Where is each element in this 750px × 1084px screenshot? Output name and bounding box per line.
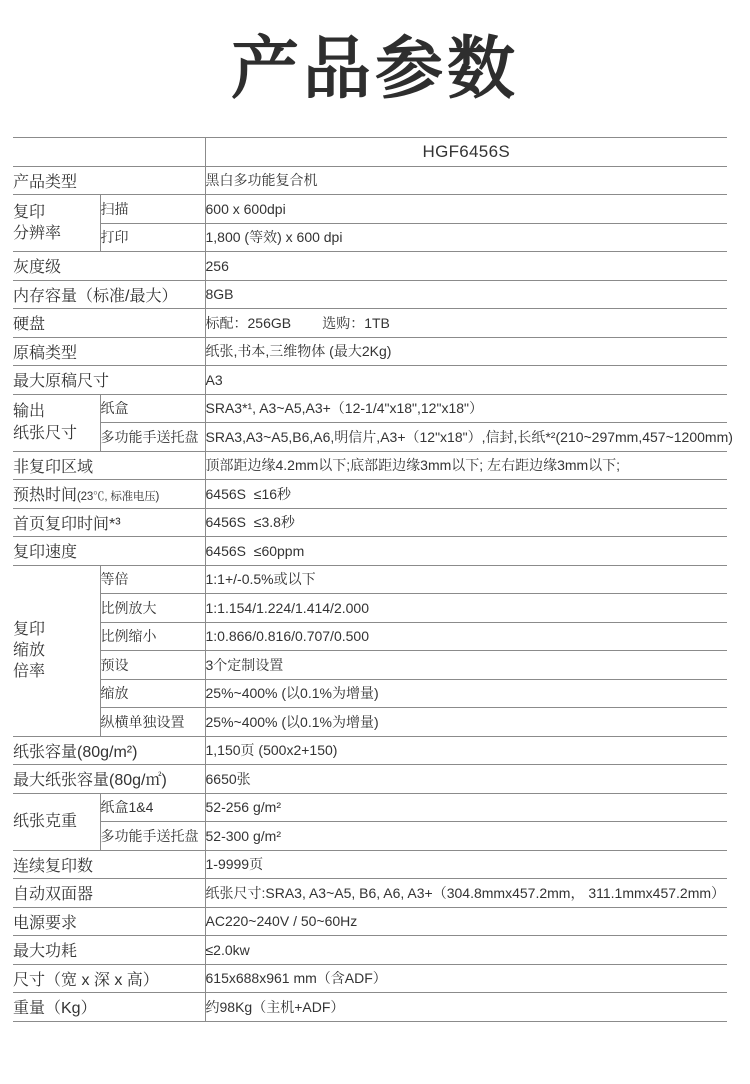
row-label: 硬盘 xyxy=(13,309,205,338)
row-label-text: 预热时间 xyxy=(13,487,77,504)
row-label-text: 灰度级 xyxy=(13,259,61,276)
row-label: 原稿类型 xyxy=(13,337,205,366)
row-value: 52-256 g/m² xyxy=(205,793,727,822)
page-title: 产品参数 xyxy=(0,0,750,137)
row-label-text: 尺寸（宽 x 深 x 高） xyxy=(13,972,159,989)
table-row: 重量（Kg）约98Kg（主机+ADF） xyxy=(13,993,727,1022)
table-row: 复印 缩放 倍率等倍1:1+/-0.5%或以下 xyxy=(13,565,727,594)
table-row: 多功能手送托盘SRA3,A3~A5,B6,A6,明信片,A3+（12"x18"）… xyxy=(13,423,727,452)
table-row: 多功能手送托盘52-300 g/m² xyxy=(13,822,727,851)
header-empty-cell xyxy=(13,138,205,167)
table-row: 最大纸张容量(80g/㎡)6650张 xyxy=(13,765,727,794)
row-sublabel: 比例放大 xyxy=(100,594,205,623)
row-value: 纸张尺寸:SRA3, A3~A5, B6, A6, A3+（304.8mmx45… xyxy=(205,879,727,908)
row-value: 6650张 xyxy=(205,765,727,794)
table-row: 产品类型黑白多功能复合机 xyxy=(13,166,727,195)
row-value: AC220~240V / 50~60Hz xyxy=(205,907,727,936)
row-label-text: 最大原稿尺寸 xyxy=(13,373,109,390)
table-row: 打印1,800 (等效) x 600 dpi xyxy=(13,223,727,252)
product-spec-page: 产品参数 HGF6456S 产品类型黑白多功能复合机复印 分辨率扫描600 x … xyxy=(0,0,750,1022)
row-value: 6456S ≤3.8秒 xyxy=(205,508,727,537)
row-label-text: 复印速度 xyxy=(13,544,77,561)
row-label: 首页复印时间*³ xyxy=(13,508,205,537)
spec-table-body: 产品类型黑白多功能复合机复印 分辨率扫描600 x 600dpi打印1,800 … xyxy=(13,166,727,1021)
row-value: 615x688x961 mm（含ADF） xyxy=(205,964,727,993)
table-row: 非复印区域顶部距边缘4.2mm以下;底部距边缘3mm以下; 左右距边缘3mm以下… xyxy=(13,451,727,480)
row-sublabel: 多功能手送托盘 xyxy=(100,822,205,851)
table-row: 复印速度6456S ≤60ppm xyxy=(13,537,727,566)
row-label: 最大纸张容量(80g/㎡) xyxy=(13,765,205,794)
row-label-text: 硬盘 xyxy=(13,316,45,333)
row-label: 最大功耗 xyxy=(13,936,205,965)
table-row: 电源要求AC220~240V / 50~60Hz xyxy=(13,907,727,936)
row-label-text: 内存容量（标准/最大） xyxy=(13,288,177,305)
table-row: 输出 纸张尺寸纸盒SRA3*¹, A3~A5,A3+（12-1/4"x18",1… xyxy=(13,394,727,423)
table-row: 自动双面器纸张尺寸:SRA3, A3~A5, B6, A6, A3+（304.8… xyxy=(13,879,727,908)
table-row: 纸张克重纸盒1&452-256 g/m² xyxy=(13,793,727,822)
table-row: 比例放大1:1.154/1.224/1.414/2.000 xyxy=(13,594,727,623)
row-sublabel: 等倍 xyxy=(100,565,205,594)
table-row: 纵横单独设置25%~400% (以0.1%为增量) xyxy=(13,708,727,737)
row-value: ≤2.0kw xyxy=(205,936,727,965)
row-label-text: 纸张容量(80g/m²) xyxy=(13,744,137,761)
row-label: 纸张容量(80g/m²) xyxy=(13,736,205,765)
row-group-label: 复印 缩放 倍率 xyxy=(13,565,100,736)
row-value: 1,150页 (500x2+150) xyxy=(205,736,727,765)
row-value: 1:0.866/0.816/0.707/0.500 xyxy=(205,622,727,651)
row-label: 复印速度 xyxy=(13,537,205,566)
row-value: 52-300 g/m² xyxy=(205,822,727,851)
row-group-label: 复印 分辨率 xyxy=(13,195,100,252)
row-label: 灰度级 xyxy=(13,252,205,281)
row-value: SRA3,A3~A5,B6,A6,明信片,A3+（12"x18"）,信封,长纸*… xyxy=(205,423,727,452)
row-label: 自动双面器 xyxy=(13,879,205,908)
row-sublabel: 纸盒1&4 xyxy=(100,793,205,822)
row-value: 6456S ≤60ppm xyxy=(205,537,727,566)
row-label-text: 非复印区域 xyxy=(13,459,93,476)
row-value: SRA3*¹, A3~A5,A3+（12-1/4"x18",12"x18"） xyxy=(205,394,727,423)
table-row: 预热时间(23℃, 标准电压)6456S ≤16秒 xyxy=(13,480,727,509)
row-label: 预热时间(23℃, 标准电压) xyxy=(13,480,205,509)
row-value: 256 xyxy=(205,252,727,281)
table-row: 复印 分辨率扫描600 x 600dpi xyxy=(13,195,727,224)
table-row: 灰度级256 xyxy=(13,252,727,281)
row-label: 非复印区域 xyxy=(13,451,205,480)
row-value: 纸张,书本,三维物体 (最大2Kg) xyxy=(205,337,727,366)
row-value: 1,800 (等效) x 600 dpi xyxy=(205,223,727,252)
table-row: 连续复印数1-9999页 xyxy=(13,850,727,879)
table-row: 内存容量（标准/最大）8GB xyxy=(13,280,727,309)
row-label-text: 重量（Kg） xyxy=(13,1000,97,1017)
table-row: 缩放25%~400% (以0.1%为增量) xyxy=(13,679,727,708)
row-label: 产品类型 xyxy=(13,166,205,195)
row-label: 尺寸（宽 x 深 x 高） xyxy=(13,964,205,993)
row-label-text: 电源要求 xyxy=(13,915,77,932)
row-label: 电源要求 xyxy=(13,907,205,936)
row-value: 1:1.154/1.224/1.414/2.000 xyxy=(205,594,727,623)
table-row: 硬盘标配：256GB 选购：1TB xyxy=(13,309,727,338)
row-group-label: 纸张克重 xyxy=(13,793,100,850)
row-value: 25%~400% (以0.1%为增量) xyxy=(205,708,727,737)
row-label-text: 产品类型 xyxy=(13,174,77,191)
table-row: 预设3个定制设置 xyxy=(13,651,727,680)
row-sublabel: 纸盒 xyxy=(100,394,205,423)
table-row: 尺寸（宽 x 深 x 高）615x688x961 mm（含ADF） xyxy=(13,964,727,993)
row-value: 1:1+/-0.5%或以下 xyxy=(205,565,727,594)
row-value: 约98Kg（主机+ADF） xyxy=(205,993,727,1022)
row-sublabel: 缩放 xyxy=(100,679,205,708)
row-label-text: 最大纸张容量(80g/㎡) xyxy=(13,772,167,789)
table-row: 原稿类型纸张,书本,三维物体 (最大2Kg) xyxy=(13,337,727,366)
table-row: 比例缩小1:0.866/0.816/0.707/0.500 xyxy=(13,622,727,651)
row-value: 顶部距边缘4.2mm以下;底部距边缘3mm以下; 左右距边缘3mm以下; xyxy=(205,451,727,480)
row-value: 25%~400% (以0.1%为增量) xyxy=(205,679,727,708)
table-header-row: HGF6456S xyxy=(13,138,727,167)
row-label-text: 自动双面器 xyxy=(13,886,93,903)
row-value: 8GB xyxy=(205,280,727,309)
row-value: 600 x 600dpi xyxy=(205,195,727,224)
row-label-small-text: (23℃, 标准电压) xyxy=(77,491,159,503)
row-group-label: 输出 纸张尺寸 xyxy=(13,394,100,451)
table-row: 最大功耗≤2.0kw xyxy=(13,936,727,965)
product-model: HGF6456S xyxy=(205,138,727,167)
row-value: 标配：256GB 选购：1TB xyxy=(205,309,727,338)
row-label: 最大原稿尺寸 xyxy=(13,366,205,395)
table-row: 首页复印时间*³6456S ≤3.8秒 xyxy=(13,508,727,537)
row-label: 内存容量（标准/最大） xyxy=(13,280,205,309)
table-row: 最大原稿尺寸A3 xyxy=(13,366,727,395)
row-value: 6456S ≤16秒 xyxy=(205,480,727,509)
row-value: 1-9999页 xyxy=(205,850,727,879)
row-label: 连续复印数 xyxy=(13,850,205,879)
row-label: 重量（Kg） xyxy=(13,993,205,1022)
row-value: A3 xyxy=(205,366,727,395)
row-sublabel: 预设 xyxy=(100,651,205,680)
row-sublabel: 打印 xyxy=(100,223,205,252)
row-value: 3个定制设置 xyxy=(205,651,727,680)
table-row: 纸张容量(80g/m²)1,150页 (500x2+150) xyxy=(13,736,727,765)
row-label-text: 最大功耗 xyxy=(13,943,77,960)
row-label-text: 原稿类型 xyxy=(13,345,77,362)
row-sublabel: 扫描 xyxy=(100,195,205,224)
row-label-text: 首页复印时间*³ xyxy=(13,516,121,533)
row-sublabel: 纵横单独设置 xyxy=(100,708,205,737)
row-label-text: 连续复印数 xyxy=(13,858,93,875)
row-sublabel: 比例缩小 xyxy=(100,622,205,651)
spec-table: HGF6456S 产品类型黑白多功能复合机复印 分辨率扫描600 x 600dp… xyxy=(13,137,727,1022)
row-sublabel: 多功能手送托盘 xyxy=(100,423,205,452)
row-value: 黑白多功能复合机 xyxy=(205,166,727,195)
